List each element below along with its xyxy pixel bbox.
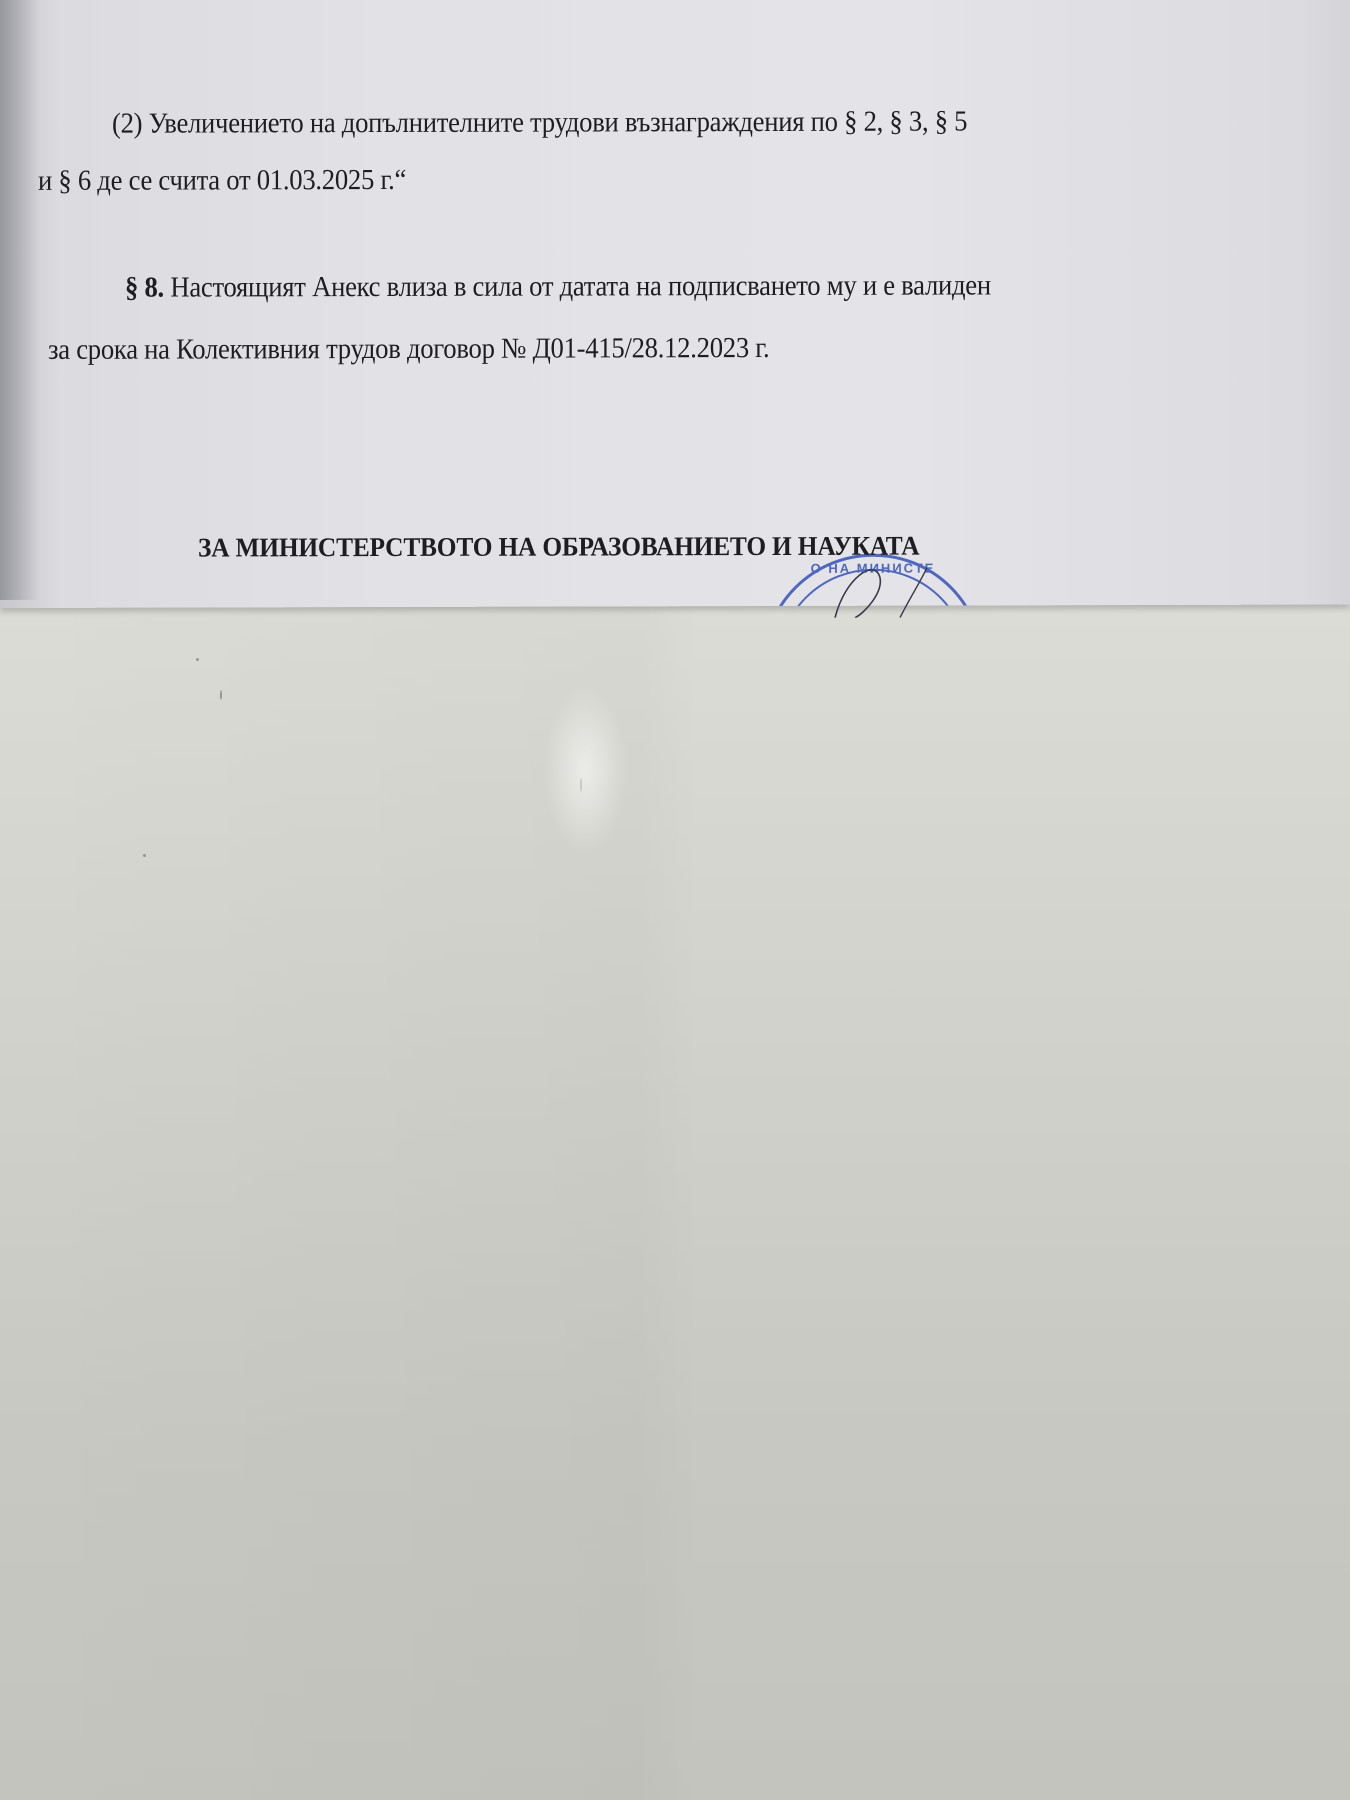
- section-marker: § 8.: [125, 272, 164, 304]
- printed-page: (2) Увеличението на допълнителните трудо…: [0, 0, 1350, 608]
- ink-speck: [220, 690, 222, 700]
- ink-speck: [143, 854, 146, 857]
- paragraph-8-line-1-text: Настоящият Анекс влиза в сила от датата …: [164, 269, 991, 303]
- photo-scene: (2) Увеличението на допълнителните трудо…: [0, 0, 1350, 1800]
- edge-shadow: [0, 0, 40, 600]
- paragraph-8-line-2: за срока на Колективния трудов договор №…: [48, 332, 769, 367]
- signatory-heading: ЗА МИНИСТЕРСТВОТО НА ОБРАЗОВАНИЕТО И НАУ…: [198, 531, 919, 564]
- signature-mark: [805, 558, 945, 618]
- ink-speck: [580, 778, 582, 792]
- ink-speck: [196, 658, 199, 661]
- paragraph-2-line-2: и § 6 де се счита от 01.03.2025 г.“: [38, 164, 406, 198]
- blank-sheet: [0, 600, 1350, 1800]
- paragraph-2-line-1: (2) Увеличението на допълнителните трудо…: [112, 105, 967, 140]
- paragraph-8-line-1: § 8. Настоящият Анекс влиза в сила от да…: [125, 269, 991, 304]
